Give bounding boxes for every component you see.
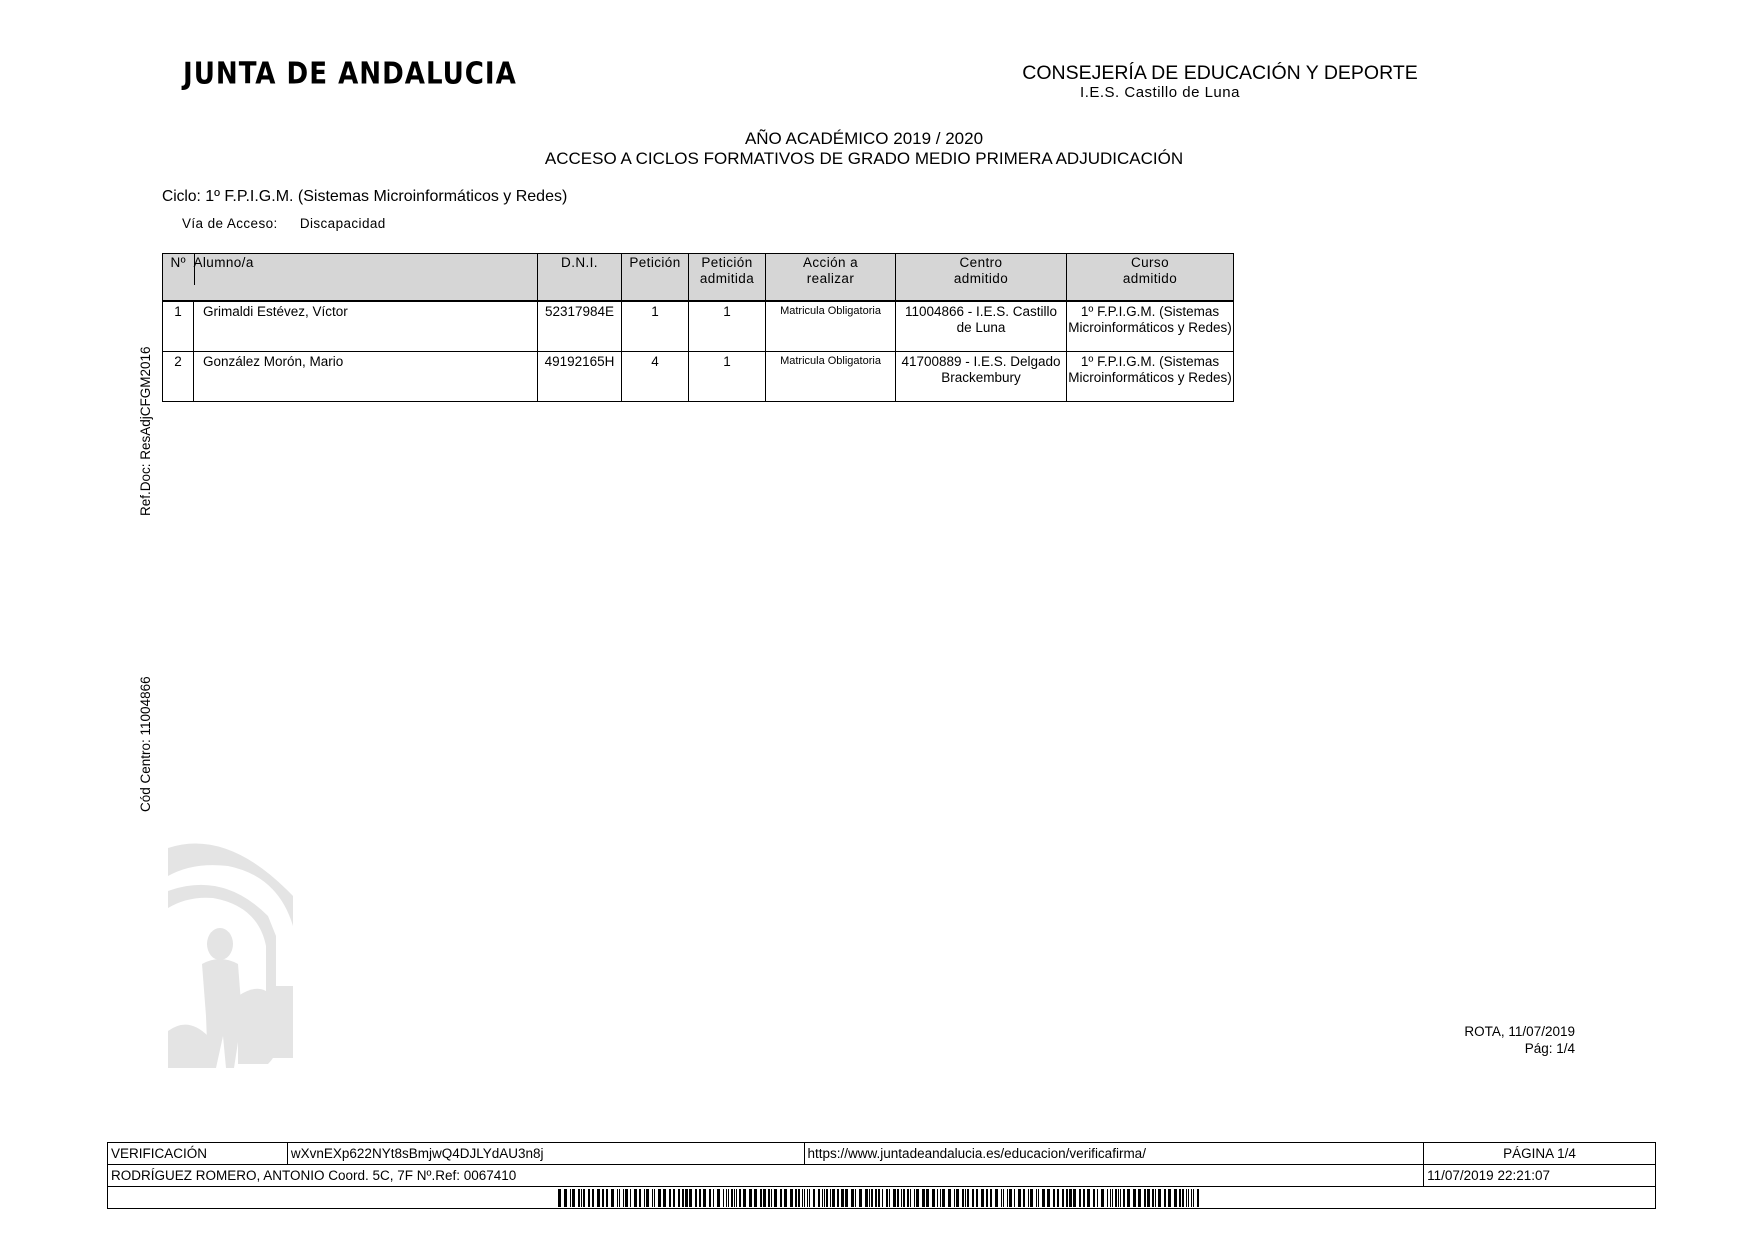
academic-year-title: AÑO ACADÉMICO 2019 / 2020 (0, 129, 1728, 149)
col-header-peticion: Petición (622, 254, 689, 302)
cod-centro-label: Cód Centro: 11004866 (138, 676, 153, 812)
footer-row-verification: VERIFICACIÓN wXvnEXp622NYt8sBmjwQ4DJLYdA… (108, 1143, 1656, 1165)
header-line: admitido (1123, 271, 1177, 286)
header-line: Petición (701, 255, 752, 270)
cell-alumno: Grimaldi Estévez, Víctor (194, 301, 538, 352)
ciclo-label: Ciclo: (162, 188, 201, 205)
col-header-centro: Centroadmitido (896, 254, 1067, 302)
col-header-accion: Acción arealizar (766, 254, 896, 302)
via-acceso-value: Discapacidad (300, 216, 386, 231)
place-date: ROTA, 11/07/2019 (1380, 1023, 1575, 1040)
verification-code: wXvnEXp622NYt8sBmjwQ4DJLYdAU3n8j (287, 1143, 804, 1165)
cell-no: 1 (163, 301, 194, 352)
junta-andalucia-emblem-icon (168, 836, 298, 1068)
header-line: Centro (960, 255, 1003, 270)
header-line: admitida (700, 271, 754, 286)
cell-peticion: 1 (622, 301, 689, 352)
verification-footer: VERIFICACIÓN wXvnEXp622NYt8sBmjwQ4DJLYdA… (107, 1142, 1656, 1209)
ciclo-value: 1º F.P.I.G.M. (Sistemas Microinformático… (205, 188, 567, 205)
table-row: 2 González Morón, Mario 49192165H 4 1 Ma… (163, 352, 1234, 402)
centro-name: I.E.S. Castillo de Luna (960, 84, 1360, 101)
adjudicacion-table: Nº Alumno/a D.N.I. Petición Peticiónadmi… (162, 253, 1234, 402)
col-header-no: Nº (163, 254, 194, 302)
cell-alumno: González Morón, Mario (194, 352, 538, 402)
footer-page: PÁGINA 1/4 (1424, 1143, 1656, 1165)
barcode-icon (558, 1189, 1208, 1207)
verification-url[interactable]: https://www.juntadeandalucia.es/educacio… (804, 1143, 1424, 1165)
cell-curso: 1º F.P.I.G.M. (Sistemas Microinformático… (1067, 301, 1234, 352)
footer-row-barcode (108, 1187, 1656, 1209)
cell-peticion-admitida: 1 (689, 352, 766, 402)
cell-centro: 41700889 - I.E.S. Delgado Brackembury (896, 352, 1067, 402)
cell-no: 2 (163, 352, 194, 402)
page-number: Pág: 1/4 (1380, 1040, 1575, 1057)
table-row: 1 Grimaldi Estévez, Víctor 52317984E 1 1… (163, 301, 1234, 352)
cell-accion: Matricula Obligatoria (766, 301, 896, 352)
header-line: Curso (1131, 255, 1169, 270)
document-subtitle: ACCESO A CICLOS FORMATIVOS DE GRADO MEDI… (0, 149, 1728, 169)
place-date-block: ROTA, 11/07/2019 Pág: 1/4 (1380, 1023, 1575, 1057)
col-header-alumno: Alumno/a (194, 254, 538, 302)
signer-info: RODRÍGUEZ ROMERO, ANTONIO Coord. 5C, 7F … (108, 1165, 1424, 1187)
via-acceso-line: Vía de Acceso: Discapacidad (182, 216, 386, 231)
col-header-dni: D.N.I. (538, 254, 622, 302)
cell-peticion: 4 (622, 352, 689, 402)
cell-peticion-admitida: 1 (689, 301, 766, 352)
barcode-cell (108, 1187, 1656, 1209)
cell-dni: 52317984E (538, 301, 622, 352)
ref-doc-label: Ref.Doc: ResAdjCFGM2016 (138, 346, 153, 516)
cell-curso: 1º F.P.I.G.M. (Sistemas Microinformático… (1067, 352, 1234, 402)
cell-dni: 49192165H (538, 352, 622, 402)
signature-timestamp: 11/07/2019 22:21:07 (1424, 1165, 1656, 1187)
col-header-curso: Cursoadmitido (1067, 254, 1234, 302)
verificacion-label: VERIFICACIÓN (108, 1143, 288, 1165)
header-line: Acción a (803, 255, 858, 270)
consejeria-title: CONSEJERÍA DE EDUCACIÓN Y DEPORTE (960, 62, 1480, 85)
cell-accion: Matricula Obligatoria (766, 352, 896, 402)
ciclo-line: Ciclo: 1º F.P.I.G.M. (Sistemas Microinfo… (162, 188, 567, 206)
header-line: admitido (954, 271, 1008, 286)
junta-andalucia-logo: JUNTA DE ANDALUCIA (183, 55, 517, 91)
header-line: realizar (807, 271, 854, 286)
col-header-peticion-admitida: Peticiónadmitida (689, 254, 766, 302)
cell-centro: 11004866 - I.E.S. Castillo de Luna (896, 301, 1067, 352)
via-acceso-label: Vía de Acceso: (182, 216, 278, 231)
footer-row-signer: RODRÍGUEZ ROMERO, ANTONIO Coord. 5C, 7F … (108, 1165, 1656, 1187)
table-header-row: Nº Alumno/a D.N.I. Petición Peticiónadmi… (163, 254, 1234, 302)
